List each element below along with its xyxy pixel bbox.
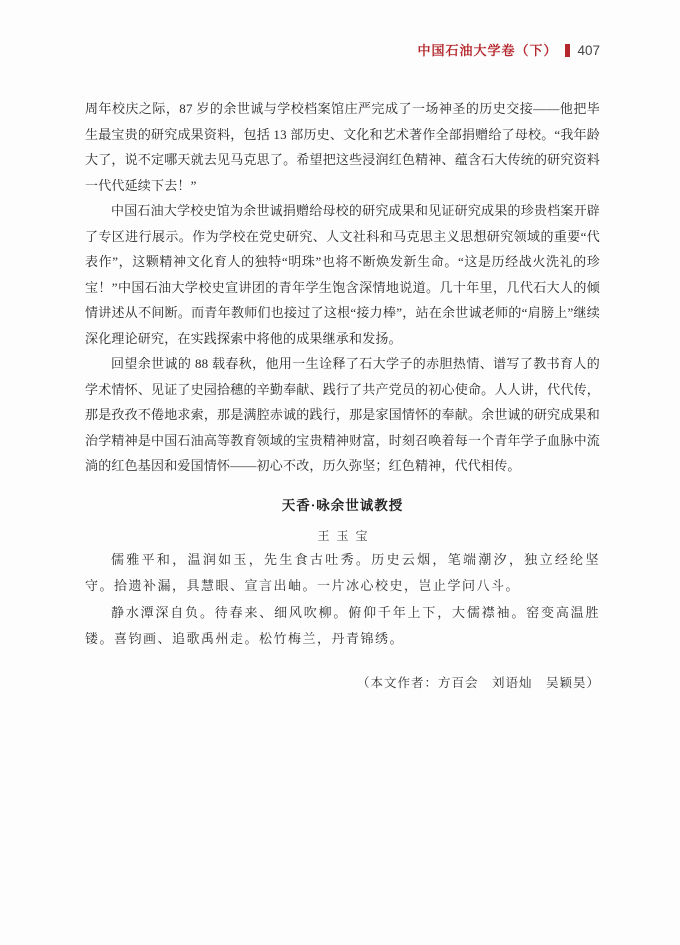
- attribution: （本文作者：方百会 刘语灿 吴颖昊）: [85, 673, 600, 691]
- body-paragraph: 中国石油大学校史馆为余世诚捐赠给母校的研究成果和见证研究成果的珍贵档案开辟了专区…: [85, 198, 600, 351]
- poem-stanza: 儒雅平和，温润如玉，先生食古吐秀。历史云烟，笔端潮汐，独立经纶坚守。拾遗补漏，具…: [85, 547, 600, 600]
- poem-author: 王玉宝: [85, 527, 600, 544]
- document-page: 中国石油大学卷（下）407 周年校庆之际，87 岁的余世诚与学校档案馆庄严完成了…: [0, 0, 680, 945]
- body-paragraph: 回望余世诚的 88 载春秋，他用一生诠释了石大学子的赤胆热情、谱写了教书育人的学…: [85, 351, 600, 479]
- header-volume-title: 中国石油大学卷（下）: [417, 43, 557, 58]
- running-header: 中国石油大学卷（下）407: [85, 42, 600, 60]
- page-number: 407: [577, 43, 600, 58]
- poem-stanza: 静水潭深自负。待春来、细风吹柳。俯仰千年上下，大儒襟袖。窑变高温胜镂。喜钧画、追…: [85, 600, 600, 653]
- header-accent-bar-icon: [565, 44, 570, 57]
- body-paragraph: 周年校庆之际，87 岁的余世诚与学校档案馆庄严完成了一场神圣的历史交接——他把毕…: [85, 96, 600, 198]
- poem-title: 天香·咏余世诚教授: [85, 494, 600, 514]
- body-text: 周年校庆之际，87 岁的余世诚与学校档案馆庄严完成了一场神圣的历史交接——他把毕…: [85, 96, 600, 691]
